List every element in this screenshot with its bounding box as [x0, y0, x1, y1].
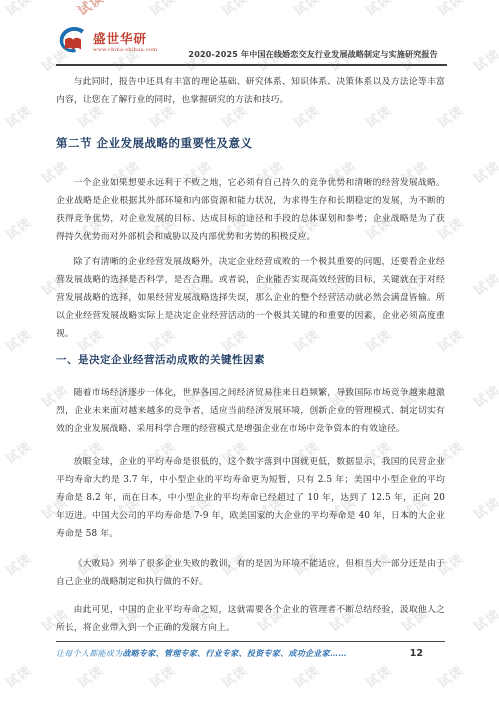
preview-watermark: 试读	[1, 212, 35, 244]
page-header: 盛世华研 www.china-shihua.com 2020-2025 年中国在…	[56, 26, 447, 66]
section-heading: 第二节 企业发展战略的重要性及意义	[56, 135, 445, 151]
footer-slogan-prefix: 让每个人都能成为	[56, 649, 122, 658]
subsection-paragraph: 随着市场经济逐步一体化，世界各国之间经济贸易往来日趋频繁，导致国际市场竞争越来越…	[56, 384, 445, 438]
preview-watermark: 试读	[469, 156, 499, 188]
section-paragraph: 一个企业如果想要永远利于不败之地，它必须有自己持久的竞争优势和清晰的经营发展战略…	[56, 174, 445, 246]
preview-watermark: 试读	[217, 660, 251, 692]
logo-book-swoosh-icon	[56, 26, 90, 60]
page-footer: 让每个人都能成为战略专家、管理专家、行业专家、投资专家、成功企业家…… 12	[0, 641, 499, 659]
report-page: 试读试读试读试读试读试读试读试读试读试读试读试读试读试读试读试读试读试读试读试读…	[0, 0, 499, 706]
preview-watermark: 试读	[1, 548, 35, 580]
document-body: 与此同时，报告中还具有丰富的理论基础、研究体系、知识体系、决策体系以及方法论等丰…	[56, 66, 445, 637]
logo-company-name: 盛世华研	[93, 33, 157, 46]
footer-slogan: 让每个人都能成为战略专家、管理专家、行业专家、投资专家、成功企业家……	[56, 648, 347, 659]
preview-watermark: 试读	[145, 0, 179, 19]
page-number: 12	[410, 648, 423, 659]
preview-watermark: 试读	[73, 0, 107, 19]
logo-website: www.china-shihua.com	[93, 48, 157, 53]
preview-watermark: 试读	[145, 660, 179, 692]
preview-watermark: 试读	[73, 660, 107, 692]
preview-watermark: 试读	[469, 44, 499, 76]
subsection-paragraph: 放眼全球，企业的平均寿命是很低的，这个数字落到中国就更低，数据显示，我国的民营企…	[56, 453, 445, 543]
report-title: 2020-2025 年中国在线婚恋交友行业发展战略制定与实施研究报告	[157, 49, 447, 60]
preview-watermark: 试读	[433, 660, 467, 692]
preview-watermark: 试读	[1, 100, 35, 132]
preview-watermark: 试读	[217, 0, 251, 19]
preview-watermark: 试读	[361, 660, 395, 692]
intro-paragraph: 与此同时，报告中还具有丰富的理论基础、研究体系、知识体系、决策体系以及方法论等丰…	[56, 73, 445, 109]
preview-watermark: 试读	[433, 0, 467, 19]
footer-slogan-emphasis: 战略专家、管理专家、行业专家、投资专家、成功企业家……	[122, 648, 346, 658]
preview-watermark: 试读	[1, 660, 35, 692]
preview-watermark: 试读	[289, 660, 323, 692]
preview-watermark: 试读	[469, 380, 499, 412]
preview-watermark: 试读	[1, 436, 35, 468]
section-paragraph: 除了有清晰的企业经营发展战略外，决定企业经营成败的一个极其重要的问题，还要看企业…	[56, 253, 445, 343]
preview-watermark: 试读	[1, 0, 35, 19]
preview-watermark: 试读	[469, 492, 499, 524]
preview-watermark: 试读	[361, 0, 395, 19]
subsection-heading: 一、是决定企业经营活动成败的关键性因素	[56, 352, 445, 367]
preview-watermark: 试读	[289, 0, 323, 19]
preview-watermark: 试读	[469, 604, 499, 636]
company-logo: 盛世华研 www.china-shihua.com	[56, 26, 157, 60]
preview-watermark: 试读	[469, 268, 499, 300]
subsection-paragraph: 《大败局》列举了很多企业失败的教训，有的是因为环境不能适应，但相当大一部分还是由…	[56, 555, 445, 591]
preview-watermark: 试读	[1, 324, 35, 356]
footer-divider	[56, 641, 445, 642]
subsection-paragraph: 由此可见，中国的企业平均寿命之短，这就需要各个企业的管理者不断总结经验，汲取他人…	[56, 601, 445, 637]
